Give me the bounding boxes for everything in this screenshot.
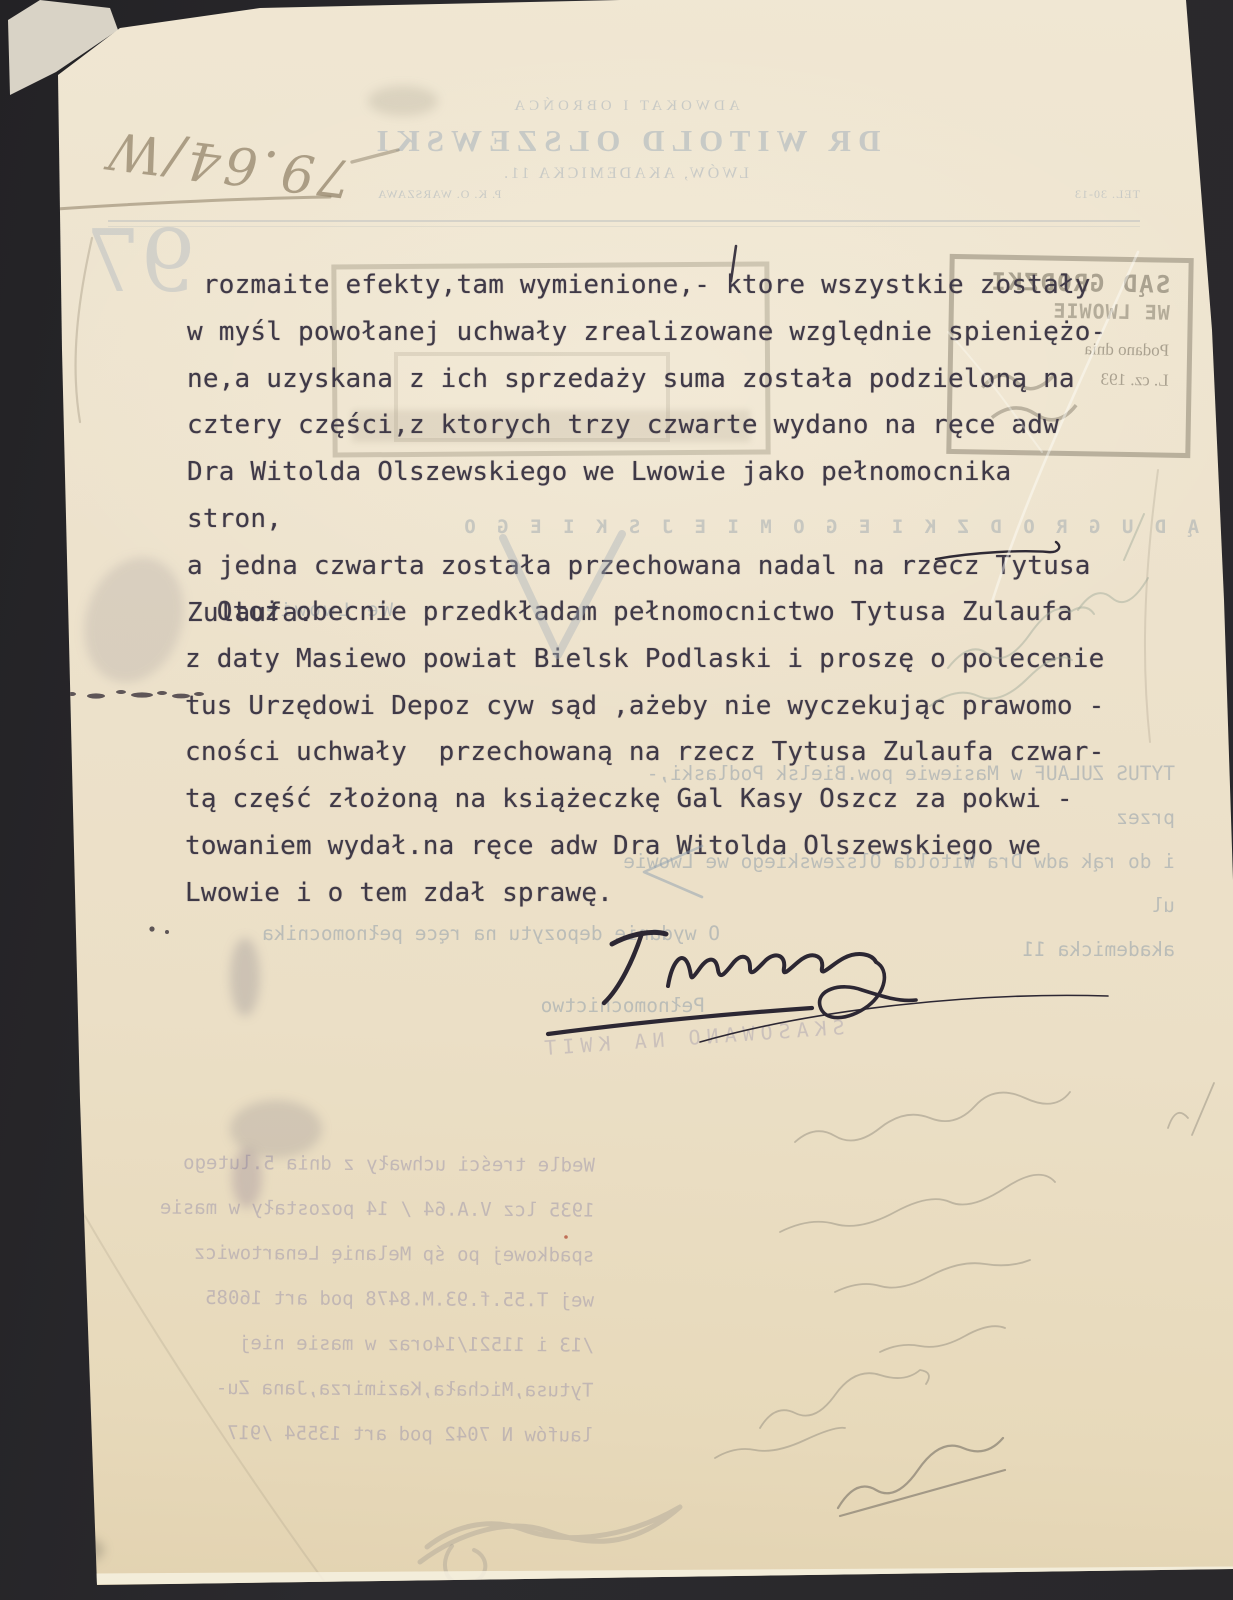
letter-page: ADWOKAT I OBROŃCA DR WITOLD OLSZEWSKI LW… [0,0,1233,1600]
smudge [230,938,260,1016]
page-marks [0,0,1233,1600]
smudge [52,1536,104,1564]
smudge [368,86,438,116]
scanned-document: ADWOKAT I OBROŃCA DR WITOLD OLSZEWSKI LW… [0,0,1233,1600]
smudge [232,1148,262,1208]
